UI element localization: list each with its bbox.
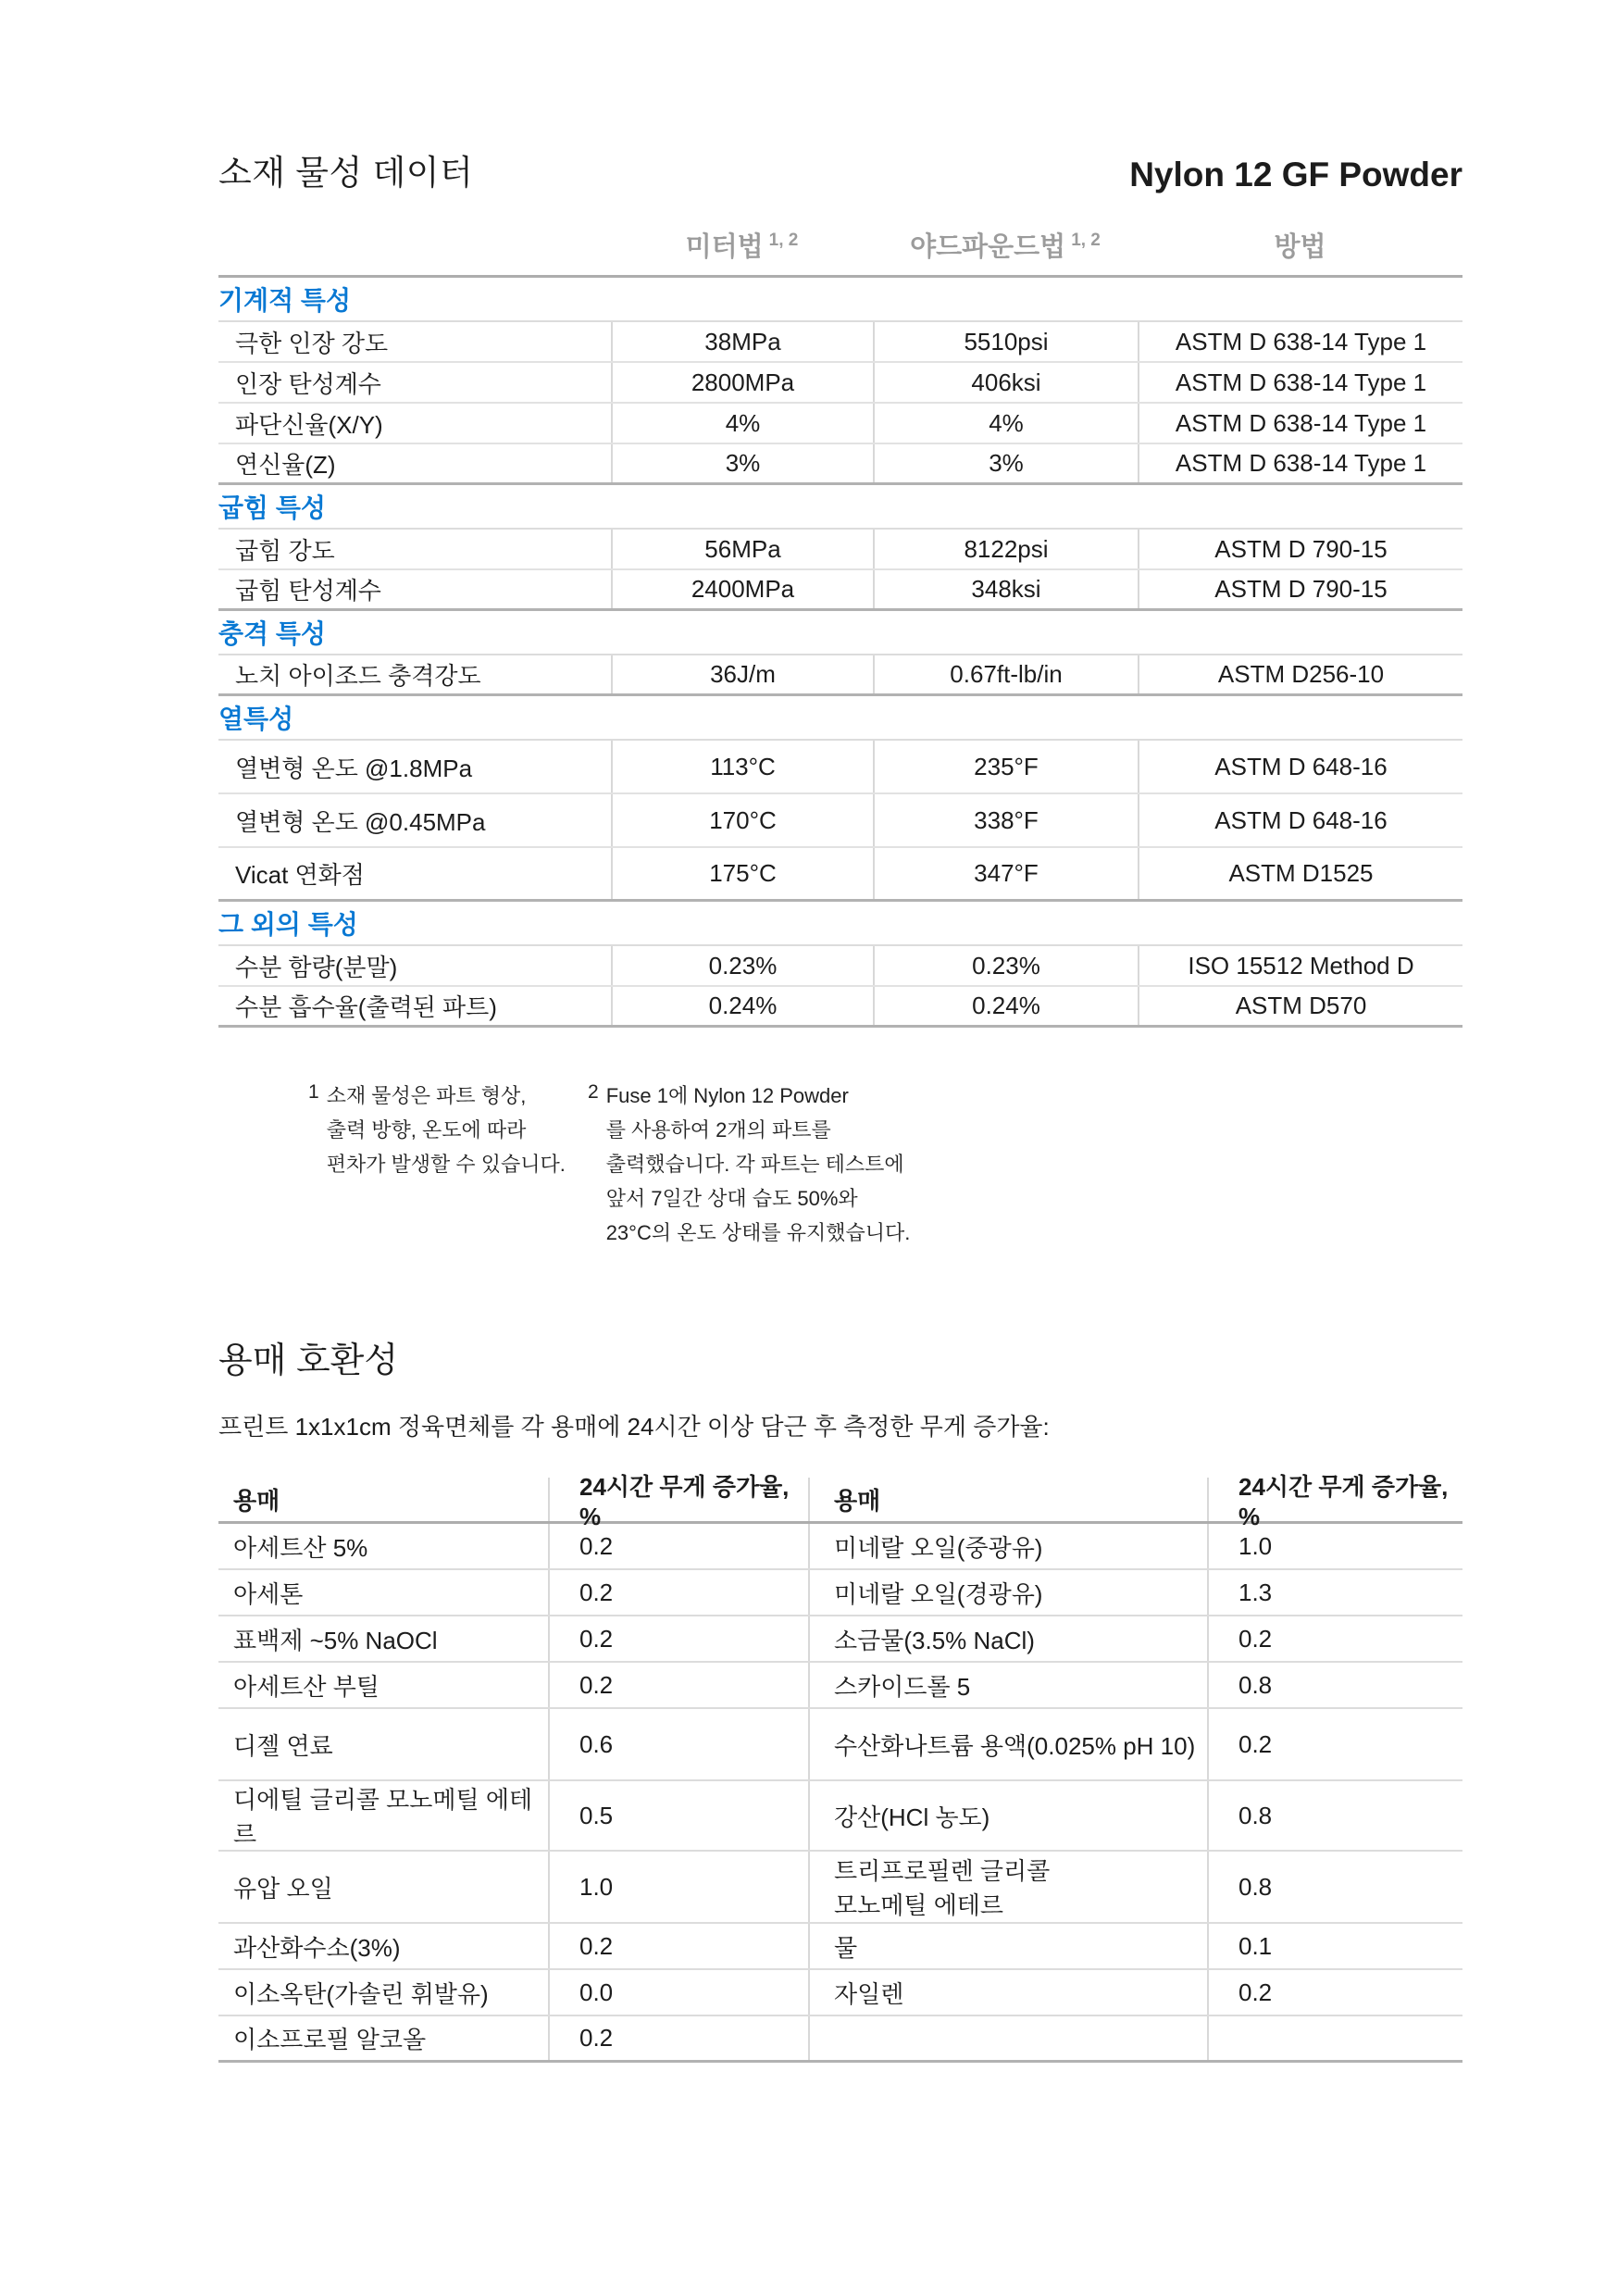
section-rows: 굽힘 강도56MPa8122psiASTM D 790-15굽힘 탄성계수240… <box>218 530 1462 611</box>
solvent-name-2: 소금물(3.5% NaCl) <box>808 1616 1207 1661</box>
imperial-value: 0.24% <box>873 987 1138 1025</box>
test-method: ISO 15512 Method D <box>1138 946 1462 985</box>
col-header-imperial-label: 야드파운드법 <box>910 232 1065 262</box>
col-header-imperial-footnote-ref: 1, 2 <box>1071 231 1101 250</box>
property-row: 수분 함량(분말)0.23%0.23%ISO 15512 Method D <box>218 946 1462 987</box>
imperial-value: 338°F <box>873 794 1138 846</box>
solvent-col-header-1: 용매 <box>218 1478 548 1521</box>
metric-value: 56MPa <box>611 530 873 568</box>
weight-gain-2: 0.2 <box>1207 1970 1462 2015</box>
property-row: 굽힘 탄성계수2400MPa348ksiASTM D 790-15 <box>218 570 1462 611</box>
doc-header: 소재 물성 데이터 Nylon 12 GF Powder <box>218 144 1462 194</box>
solvent-name-2: 스카이드롤 5 <box>808 1663 1207 1707</box>
footnote-1-text: 소재 물성은 파트 형상, 출력 방향, 온도에 따라 편차가 발생할 수 있습… <box>327 1079 566 1181</box>
metric-value: 170°C <box>611 794 873 846</box>
weight-gain-1: 0.5 <box>548 1781 808 1850</box>
metric-value: 3% <box>611 444 873 482</box>
col-header-metric: 미터법1, 2 <box>611 226 873 264</box>
solvent-table-header: 용매 24시간 무게 증가율, % 용매 24시간 무게 증가율, % <box>218 1478 1462 1524</box>
weight-gain-col-header-2: 24시간 무게 증가율, % <box>1207 1478 1462 1521</box>
weight-gain-1: 0.2 <box>548 1663 808 1707</box>
metric-value: 113°C <box>611 741 873 792</box>
solvent-name-2: 강산(HCl 농도) <box>808 1781 1207 1850</box>
property-row: 파단신율(X/Y)4%4%ASTM D 638-14 Type 1 <box>218 404 1462 444</box>
property-name: 노치 아이조드 충격강도 <box>218 655 611 693</box>
property-name: 열변형 온도 @0.45MPa <box>218 794 611 846</box>
solvent-row: 아세트산 부틸0.2스카이드롤 50.8 <box>218 1663 1462 1709</box>
col-header-metric-footnote-ref: 1, 2 <box>769 231 799 250</box>
section-rows: 노치 아이조드 충격강도36J/m0.67ft-lb/inASTM D256-1… <box>218 655 1462 696</box>
test-method: ASTM D 638-14 Type 1 <box>1138 363 1462 402</box>
metric-value: 38MPa <box>611 322 873 361</box>
metric-value: 0.24% <box>611 987 873 1025</box>
test-method: ASTM D 790-15 <box>1138 570 1462 608</box>
property-row: 수분 흡수율(출력된 파트)0.24%0.24%ASTM D570 <box>218 987 1462 1028</box>
solvent-col-header-2: 용매 <box>808 1478 1207 1521</box>
weight-gain-2: 0.8 <box>1207 1663 1462 1707</box>
property-row: 연신율(Z)3%3%ASTM D 638-14 Type 1 <box>218 444 1462 485</box>
weight-gain-2: 1.0 <box>1207 1524 1462 1568</box>
weight-gain-1: 0.0 <box>548 1970 808 2015</box>
footnote-1-marker: 1 <box>308 1081 319 1103</box>
solvent-name-1: 아세톤 <box>218 1570 548 1615</box>
section-title: 기계적 특성 <box>218 278 1462 322</box>
footnotes-block: 1소재 물성은 파트 형상, 출력 방향, 온도에 따라 편차가 발생할 수 있… <box>218 1079 1462 1250</box>
property-row: 열변형 온도 @0.45MPa170°C338°FASTM D 648-16 <box>218 794 1462 848</box>
imperial-value: 347°F <box>873 848 1138 899</box>
metric-value: 36J/m <box>611 655 873 693</box>
solvent-row: 표백제 ~5% NaOCl0.2소금물(3.5% NaCl)0.2 <box>218 1616 1462 1663</box>
property-row: 인장 탄성계수2800MPa406ksiASTM D 638-14 Type 1 <box>218 363 1462 404</box>
solvent-row: 디에틸 글리콜 모노메틸 에테르0.5강산(HCl 농도)0.8 <box>218 1781 1462 1852</box>
test-method: ASTM D 638-14 Type 1 <box>1138 444 1462 482</box>
weight-gain-1: 0.2 <box>548 1570 808 1615</box>
solvent-section: 용매 호환성 프린트 1x1x1cm 정육면체를 각 용매에 24시간 이상 담… <box>218 1331 1462 2063</box>
solvent-name-2 <box>808 2016 1207 2060</box>
solvent-name-2: 자일렌 <box>808 1970 1207 2015</box>
imperial-value: 235°F <box>873 741 1138 792</box>
col-header-imperial: 야드파운드법1, 2 <box>873 226 1138 264</box>
property-name: 인장 탄성계수 <box>218 363 611 402</box>
weight-gain-2: 0.8 <box>1207 1781 1462 1850</box>
solvent-name-2: 미네랄 오일(중광유) <box>808 1524 1207 1568</box>
solvent-name-1: 유압 오일 <box>218 1852 548 1922</box>
solvent-name-1: 과산화수소(3%) <box>218 1924 548 1968</box>
property-name: Vicat 연화점 <box>218 848 611 899</box>
properties-table: 미터법1, 2 야드파운드법1, 2 방법 기계적 특성극한 인장 강도38MP… <box>218 226 1462 1028</box>
property-row: 굽힘 강도56MPa8122psiASTM D 790-15 <box>218 530 1462 570</box>
section-title: 굽힘 특성 <box>218 485 1462 530</box>
property-row: 노치 아이조드 충격강도36J/m0.67ft-lb/inASTM D256-1… <box>218 655 1462 696</box>
weight-gain-2: 0.2 <box>1207 1709 1462 1779</box>
weight-gain-1: 0.2 <box>548 1616 808 1661</box>
solvent-row: 아세트산 5%0.2미네랄 오일(중광유)1.0 <box>218 1524 1462 1570</box>
test-method: ASTM D 638-14 Type 1 <box>1138 404 1462 443</box>
property-row: Vicat 연화점175°C347°FASTM D1525 <box>218 848 1462 902</box>
solvent-name-2: 수산화나트륨 용액(0.025% pH 10) <box>808 1709 1207 1779</box>
footnote-2-marker: 2 <box>588 1081 599 1103</box>
solvent-section-subtitle: 프린트 1x1x1cm 정육면체를 각 용매에 24시간 이상 담근 후 측정한… <box>218 1408 1462 1442</box>
weight-gain-1: 0.2 <box>548 1524 808 1568</box>
properties-table-body: 기계적 특성극한 인장 강도38MPa5510psiASTM D 638-14 … <box>218 278 1462 1028</box>
footnote-2: 2Fuse 1에 Nylon 12 Powder 를 사용하여 2개의 파트를 … <box>588 1079 940 1250</box>
solvent-row: 유압 오일1.0트리프로필렌 글리콜 모노메틸 에테르0.8 <box>218 1852 1462 1924</box>
metric-value: 175°C <box>611 848 873 899</box>
imperial-value: 348ksi <box>873 570 1138 608</box>
imperial-value: 4% <box>873 404 1138 443</box>
weight-gain-2: 0.8 <box>1207 1852 1462 1922</box>
imperial-value: 0.67ft-lb/in <box>873 655 1138 693</box>
col-header-method-label: 방법 <box>1274 232 1326 262</box>
weight-gain-col-header-1: 24시간 무게 증가율, % <box>548 1478 808 1521</box>
weight-gain-2: 0.2 <box>1207 1616 1462 1661</box>
metric-value: 2400MPa <box>611 570 873 608</box>
solvent-name-1: 아세트산 부틸 <box>218 1663 548 1707</box>
imperial-value: 5510psi <box>873 322 1138 361</box>
metric-value: 0.23% <box>611 946 873 985</box>
solvent-name-1: 디젤 연료 <box>218 1709 548 1779</box>
test-method: ASTM D 648-16 <box>1138 741 1462 792</box>
property-name: 수분 함량(분말) <box>218 946 611 985</box>
col-header-method: 방법 <box>1138 226 1462 264</box>
imperial-value: 0.23% <box>873 946 1138 985</box>
footnote-2-text: Fuse 1에 Nylon 12 Powder 를 사용하여 2개의 파트를 출… <box>606 1079 911 1250</box>
test-method: ASTM D 790-15 <box>1138 530 1462 568</box>
weight-gain-1: 0.2 <box>548 2016 808 2060</box>
metric-value: 2800MPa <box>611 363 873 402</box>
property-row: 극한 인장 강도38MPa5510psiASTM D 638-14 Type 1 <box>218 322 1462 363</box>
solvent-name-1: 디에틸 글리콜 모노메틸 에테르 <box>218 1781 548 1850</box>
page-title: 소재 물성 데이터 <box>218 144 473 194</box>
imperial-value: 8122psi <box>873 530 1138 568</box>
solvent-name-1: 표백제 ~5% NaOCl <box>218 1616 548 1661</box>
solvent-row: 아세톤0.2미네랄 오일(경광유)1.3 <box>218 1570 1462 1616</box>
weight-gain-2 <box>1207 2016 1462 2060</box>
footnote-1: 1소재 물성은 파트 형상, 출력 방향, 온도에 따라 편차가 발생할 수 있… <box>308 1079 588 1250</box>
section-rows: 수분 함량(분말)0.23%0.23%ISO 15512 Method D수분 … <box>218 946 1462 1028</box>
weight-gain-1: 1.0 <box>548 1852 808 1922</box>
property-name: 굽힘 강도 <box>218 530 611 568</box>
section-title: 그 외의 특성 <box>218 902 1462 946</box>
solvent-name-2: 트리프로필렌 글리콜 모노메틸 에테르 <box>808 1852 1207 1922</box>
test-method: ASTM D 638-14 Type 1 <box>1138 322 1462 361</box>
solvent-name-2: 물 <box>808 1924 1207 1968</box>
solvent-row: 이소프로필 알코올0.2 <box>218 2016 1462 2063</box>
section-title: 충격 특성 <box>218 611 1462 655</box>
imperial-value: 3% <box>873 444 1138 482</box>
weight-gain-1: 0.2 <box>548 1924 808 1968</box>
weight-gain-1: 0.6 <box>548 1709 808 1779</box>
property-name: 파단신율(X/Y) <box>218 404 611 443</box>
solvent-row: 과산화수소(3%)0.2물0.1 <box>218 1924 1462 1970</box>
property-name: 굽힘 탄성계수 <box>218 570 611 608</box>
solvent-name-2: 미네랄 오일(경광유) <box>808 1570 1207 1615</box>
section-rows: 극한 인장 강도38MPa5510psiASTM D 638-14 Type 1… <box>218 322 1462 485</box>
test-method: ASTM D256-10 <box>1138 655 1462 693</box>
property-name: 연신율(Z) <box>218 444 611 482</box>
solvent-table: 용매 24시간 무게 증가율, % 용매 24시간 무게 증가율, % 아세트산… <box>218 1478 1462 2063</box>
solvent-name-1: 아세트산 5% <box>218 1524 548 1568</box>
weight-gain-2: 1.3 <box>1207 1570 1462 1615</box>
product-name: Nylon 12 GF Powder <box>1129 156 1462 194</box>
solvent-row: 이소옥탄(가솔린 휘발유)0.0자일렌0.2 <box>218 1970 1462 2016</box>
section-rows: 열변형 온도 @1.8MPa113°C235°FASTM D 648-16열변형… <box>218 741 1462 902</box>
test-method: ASTM D570 <box>1138 987 1462 1025</box>
solvent-name-1: 이소프로필 알코올 <box>218 2016 548 2060</box>
weight-gain-2: 0.1 <box>1207 1924 1462 1968</box>
datasheet-page: 소재 물성 데이터 Nylon 12 GF Powder 미터법1, 2 야드파… <box>218 0 1462 2063</box>
test-method: ASTM D 648-16 <box>1138 794 1462 846</box>
solvent-table-body: 아세트산 5%0.2미네랄 오일(중광유)1.0아세톤0.2미네랄 오일(경광유… <box>218 1524 1462 2063</box>
property-name: 극한 인장 강도 <box>218 322 611 361</box>
property-row: 열변형 온도 @1.8MPa113°C235°FASTM D 648-16 <box>218 741 1462 794</box>
property-name: 수분 흡수율(출력된 파트) <box>218 987 611 1025</box>
metric-value: 4% <box>611 404 873 443</box>
section-title: 열특성 <box>218 696 1462 741</box>
solvent-name-1: 이소옥탄(가솔린 휘발유) <box>218 1970 548 2015</box>
test-method: ASTM D1525 <box>1138 848 1462 899</box>
property-name: 열변형 온도 @1.8MPa <box>218 741 611 792</box>
imperial-value: 406ksi <box>873 363 1138 402</box>
solvent-row: 디젤 연료0.6수산화나트륨 용액(0.025% pH 10)0.2 <box>218 1709 1462 1781</box>
properties-column-headers: 미터법1, 2 야드파운드법1, 2 방법 <box>218 226 1462 278</box>
solvent-section-title: 용매 호환성 <box>218 1331 1462 1382</box>
col-header-metric-label: 미터법 <box>686 232 764 262</box>
